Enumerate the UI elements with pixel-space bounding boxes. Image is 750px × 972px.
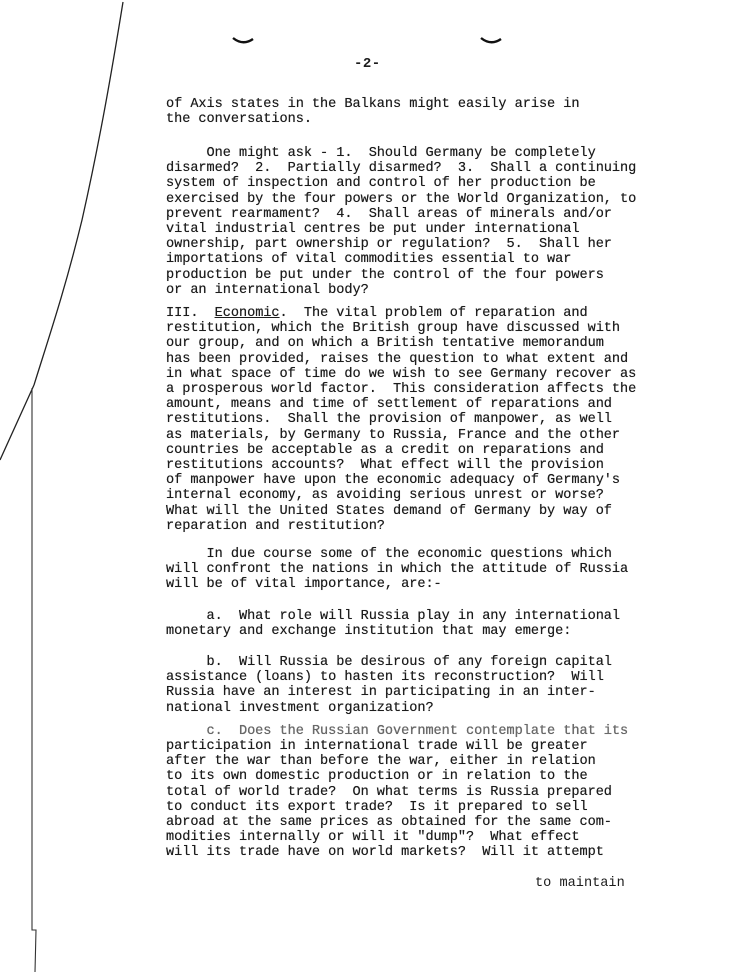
- paragraph-economic-questions-intro: In due course some of the economic quest…: [166, 547, 726, 593]
- section-body: . The vital problem of reparation and re…: [166, 306, 636, 534]
- paragraph-disarmament-questions: One might ask - 1. Should Germany be com…: [166, 146, 726, 298]
- section-number: III.: [166, 306, 215, 321]
- catchword: to maintain: [535, 876, 625, 891]
- paragraph-economic-section: III. Economic. The vital problem of repa…: [166, 306, 726, 534]
- paragraph-question-a: a. What role will Russia play in any int…: [166, 609, 726, 639]
- binding-hole-mark-left: [232, 36, 254, 46]
- paragraph-question-c-first-line: c. Does the Russian Government contempla…: [166, 724, 726, 739]
- paragraph-continuation: of Axis states in the Balkans might easi…: [166, 97, 726, 127]
- section-heading-economic: Economic: [215, 306, 280, 321]
- document-page: -2- of Axis states in the Balkans might …: [0, 0, 750, 972]
- paragraph-question-c: participation in international trade wil…: [166, 739, 726, 861]
- binding-hole-mark-right: [480, 36, 502, 46]
- margin-pencil-line: [0, 0, 150, 972]
- paragraph-question-b: b. Will Russia be desirous of any foreig…: [166, 655, 726, 716]
- page-number: -2-: [354, 56, 381, 72]
